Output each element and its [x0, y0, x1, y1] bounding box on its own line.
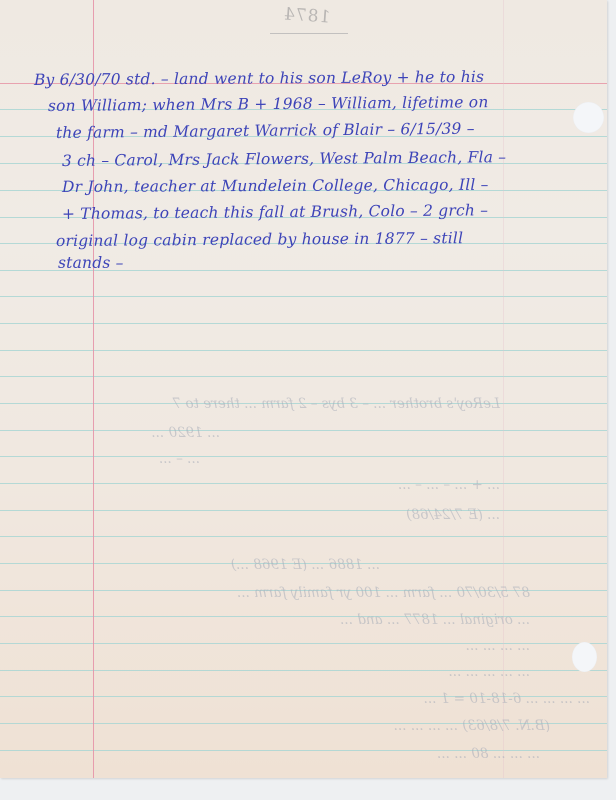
- show-through-text: ... + ... – ... – ...: [100, 477, 500, 493]
- handwritten-line: the farm – md Margaret Warrick of Blair …: [56, 120, 475, 142]
- show-through-text: 87 5/30/70 ... farm ... 100 yr family fa…: [20, 585, 530, 601]
- show-through-text: ... – ...: [100, 451, 200, 467]
- show-through-margin-line: [503, 0, 504, 778]
- ruled-line: [0, 350, 607, 351]
- ruled-line: [0, 376, 607, 377]
- show-through-text: ... ... ... ...: [20, 638, 530, 654]
- page-number-underline: [270, 33, 348, 34]
- ruled-line: [0, 323, 607, 324]
- page-number: 1874: [282, 4, 331, 27]
- handwritten-line: Dr John, teacher at Mundelein College, C…: [62, 176, 489, 196]
- show-through-text: LeRoy's brother ... – 3 bys – 2 farm ...…: [20, 396, 500, 412]
- ruled-line: [0, 430, 607, 431]
- handwritten-line: + Thomas, to teach this fall at Brush, C…: [62, 201, 488, 223]
- handwritten-line: stands –: [58, 254, 124, 272]
- hole-punch: [573, 102, 604, 133]
- show-through-text: ... 1920 ...: [100, 425, 220, 441]
- ruled-line: [0, 296, 607, 297]
- show-through-text: ... ... ... 80 ... ...: [30, 746, 540, 762]
- handwritten-line: original log cabin replaced by house in …: [56, 229, 463, 250]
- show-through-text: ... 1886 ... (E 1968 ...): [120, 557, 380, 573]
- notebook-page: 1874 LeRoy's brother ... – 3 bys – 2 far…: [0, 0, 607, 778]
- show-through-text: ... original ... 1877 ... and ...: [20, 612, 530, 628]
- ruled-line: [0, 536, 607, 537]
- hole-punch: [572, 642, 597, 672]
- show-through-text: ... (E 7/24/68): [60, 507, 500, 523]
- handwritten-line: son William; when Mrs B + 1968 – William…: [48, 93, 489, 115]
- ruled-line: [0, 456, 607, 457]
- show-through-text: ... ... ... ... 6-18-10 = 1 ...: [20, 691, 590, 707]
- left-margin-line: [93, 0, 94, 778]
- show-through-text: (B.N. 7/8/63) ... ... ... ...: [30, 718, 550, 734]
- handwritten-line: By 6/30/70 std. – land went to his son L…: [34, 68, 484, 89]
- scan-background: 1874 LeRoy's brother ... – 3 bys – 2 far…: [0, 0, 616, 800]
- handwritten-line: 3 ch – Carol, Mrs Jack Flowers, West Pal…: [62, 148, 506, 170]
- show-through-text: ... ... ... ... ...: [20, 664, 530, 680]
